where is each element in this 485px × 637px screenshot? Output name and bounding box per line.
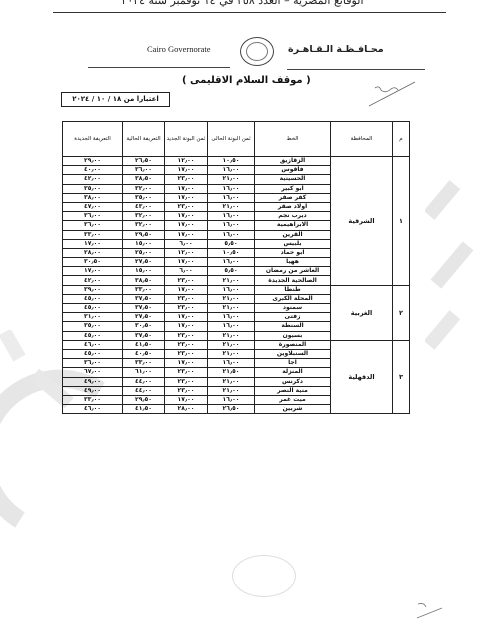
current-fare-cell: ٣٧٫٥٠ [123,304,165,313]
line-name: فاقوس [255,166,331,175]
new-ticket-cell: ٢٣٫٠٠ [165,386,208,395]
new-ticket-cell: ٦٫٠٠ [165,267,208,276]
current-fare-cell: ٢٧٫٥٠ [123,313,165,322]
old-ticket-cell: ١٦٫٠٠ [208,166,255,175]
governorate-name: الشرقية [331,157,393,286]
current-fare-cell: ١٥٫٠٠ [123,267,165,276]
old-ticket-cell: ١٦٫٠٠ [208,359,255,368]
new-fare-cell: ٤٥٫٠٠ [63,349,123,358]
old-ticket-cell: ١٦٫٠٠ [208,221,255,230]
current-fare-cell: ٢٦٫٥٠ [123,157,165,166]
old-ticket-cell: ١٦٫٠٠ [208,212,255,221]
new-fare-cell: ٤٥٫٠٠ [63,304,123,313]
old-ticket-cell: ١٦٫٠٠ [208,285,255,294]
new-ticket-cell: ٢٨٫٠٠ [165,405,208,414]
new-ticket-cell: ١٧٫٠٠ [165,221,208,230]
new-fare-cell: ٤٥٫٠٠ [63,294,123,303]
new-fare-cell: ١٧٫٠٠ [63,239,123,248]
current-fare-cell: ٤٤٫٠٠ [123,377,165,386]
new-fare-cell: ٤٧٫٠٠ [63,202,123,211]
current-fare-cell: ٢٩٫٥٠ [123,395,165,404]
table-header-row: م المحافظة الخط ثمن البونة الحالى ثمن ال… [63,122,410,157]
effective-date-box: اعتبارا من ١٨ / ١٠ / ٢٠٢٤ [61,92,170,107]
new-ticket-cell: ٦٫٠٠ [165,239,208,248]
line-name: ابو كبير [255,184,331,193]
new-ticket-cell: ١٧٫٠٠ [165,395,208,404]
new-ticket-cell: ٢٣٫٠٠ [165,340,208,349]
current-fare-cell: ٣٧٫٥٠ [123,331,165,340]
line-name: سمنود [255,304,331,313]
table-row: ٣الدقهليةالمنصورة٢١٫٠٠٢٣٫٠٠٤١٫٥٠٤٦٫٠٠ [63,340,410,349]
new-fare-cell: ٣٦٫٠٠ [63,359,123,368]
current-fare-cell: ٣٦٫٠٠ [123,166,165,175]
header-no: م [393,122,410,157]
current-fare-cell: ٤٣٫٠٠ [123,202,165,211]
current-fare-cell: ٣٠٫٥٠ [123,322,165,331]
current-fare-cell: ٣٢٫٠٠ [123,212,165,221]
current-fare-cell: ٤١٫٥٠ [123,405,165,414]
letterhead-rule-right [287,69,425,70]
official-stamp [232,555,296,597]
old-ticket-cell: ١٦٫٠٠ [208,395,255,404]
line-name: السنبلاوين [255,349,331,358]
old-ticket-cell: ٢١٫٥٠ [208,368,255,377]
old-ticket-cell: ٢١٫٠٠ [208,294,255,303]
current-fare-cell: ٣٢٫٠٠ [123,184,165,193]
new-ticket-cell: ١٧٫٠٠ [165,322,208,331]
new-ticket-cell: ٢٣٫٠٠ [165,377,208,386]
new-fare-cell: ١٧٫٠٠ [63,267,123,276]
initials-icon [415,600,445,620]
old-ticket-cell: ١٦٫٠٠ [208,313,255,322]
row-number: ١ [393,157,410,286]
header-new-ticket: ثمن البونة الجديد [165,122,208,157]
old-ticket-cell: ٢١٫٠٠ [208,331,255,340]
header-line: الخط [255,122,331,157]
gazette-header: الوقائع المصرية – العدد ٢٥٨ في ١٤ نوفمبر… [0,0,485,7]
signature-icon [365,80,420,108]
letterhead-rule-left [88,67,230,68]
new-fare-cell: ٤٩٫٠٠ [63,377,123,386]
line-name: منية النصر [255,386,331,395]
current-fare-cell: ٣٣٫٠٠ [123,359,165,368]
new-ticket-cell: ٢٣٫٠٠ [165,202,208,211]
header-divider [53,12,446,13]
old-ticket-cell: ٢١٫٠٠ [208,175,255,184]
line-name: السنطة [255,322,331,331]
new-ticket-cell: ١٧٫٠٠ [165,212,208,221]
new-fare-cell: ٣٥٫٠٠ [63,184,123,193]
line-name: بسيون [255,331,331,340]
current-fare-cell: ٣٧٫٥٠ [123,294,165,303]
line-name: بلبيس [255,239,331,248]
line-name: ههيا [255,258,331,267]
old-ticket-cell: ٢١٫٠٠ [208,377,255,386]
line-name: المنزلة [255,368,331,377]
current-fare-cell: ٤١٫٥٠ [123,340,165,349]
new-fare-cell: ٤٢٫٠٠ [63,276,123,285]
row-number: ٢ [393,285,410,340]
new-ticket-cell: ١٧٫٠٠ [165,193,208,202]
old-ticket-cell: ٢١٫٠٠ [208,276,255,285]
header-governorate: المحافظة [331,122,393,157]
watermark-text-icon [425,170,485,390]
line-name: العاشر من رمضان [255,267,331,276]
line-name: دكرنس [255,377,331,386]
header-current-fare: التعريفة الحالية [123,122,165,157]
old-ticket-cell: ١٦٫٠٠ [208,193,255,202]
new-ticket-cell: ١٧٫٠٠ [165,230,208,239]
old-ticket-cell: ٢١٫٠٠ [208,340,255,349]
new-ticket-cell: ٢٣٫٠٠ [165,349,208,358]
line-name: الحسينية [255,175,331,184]
new-ticket-cell: ٢٣٫٠٠ [165,175,208,184]
new-ticket-cell: ١٧٫٠٠ [165,258,208,267]
old-ticket-cell: ٥٫٥٠ [208,239,255,248]
new-ticket-cell: ٢٣٫٠٠ [165,331,208,340]
line-name: الزقازيق [255,157,331,166]
new-ticket-cell: ٢٣٫٠٠ [165,294,208,303]
line-name: شربين [255,405,331,414]
old-ticket-cell: ١٦٫٠٠ [208,184,255,193]
new-ticket-cell: ١٧٫٠٠ [165,166,208,175]
new-fare-cell: ٤٠٫٠٠ [63,166,123,175]
new-ticket-cell: ١٧٫٠٠ [165,359,208,368]
old-ticket-cell: ٢١٫٠٠ [208,304,255,313]
old-ticket-cell: ٢٦٫٥٠ [208,405,255,414]
current-fare-cell: ٣٨٫٥٠ [123,276,165,285]
new-ticket-cell: ١٢٫٠٠ [165,157,208,166]
old-ticket-cell: ١٠٫٥٠ [208,248,255,257]
old-ticket-cell: ٢١٫٠٠ [208,386,255,395]
new-fare-cell: ٣٣٫٠٠ [63,230,123,239]
header-old-ticket: ثمن البونة الحالى [208,122,255,157]
new-fare-cell: ٣٠٫٥٠ [63,258,123,267]
line-name: المحلة الكبرى [255,294,331,303]
new-ticket-cell: ٢٣٫٠٠ [165,276,208,285]
new-ticket-cell: ١٧٫٠٠ [165,313,208,322]
new-ticket-cell: ٢٣٫٠٠ [165,368,208,377]
new-fare-cell: ٣٦٫٠٠ [63,221,123,230]
line-name: ميت غمر [255,395,331,404]
old-ticket-cell: ٢١٫٠٠ [208,202,255,211]
new-fare-cell: ٢٩٫٠٠ [63,157,123,166]
current-fare-cell: ٦١٫٠٠ [123,368,165,377]
governorate-name: الغربية [331,285,393,340]
new-fare-cell: ٢٨٫٠٠ [63,248,123,257]
line-name: اجا [255,359,331,368]
current-fare-cell: ٤٠٫٥٠ [123,349,165,358]
line-name: ابو حماد [255,248,331,257]
new-fare-cell: ٤٦٫٠٠ [63,340,123,349]
governorate-name: الدقهلية [331,340,393,414]
old-ticket-cell: ١٦٫٠٠ [208,322,255,331]
line-name: كفر صقر [255,193,331,202]
line-name: الابراهيمية [255,221,331,230]
old-ticket-cell: ٥٫٥٠ [208,267,255,276]
current-fare-cell: ٢٩٫٥٠ [123,230,165,239]
table-row: ٢الغربيةطنطا١٦٫٠٠١٧٫٠٠٣٣٫٠٠٣٩٫٠٠ [63,285,410,294]
line-name: اولاد صقر [255,202,331,211]
new-fare-cell: ٣٩٫٠٠ [63,285,123,294]
current-fare-cell: ٣٨٫٥٠ [123,175,165,184]
old-ticket-cell: ١٦٫٠٠ [208,258,255,267]
new-fare-cell: ٣١٫٠٠ [63,313,123,322]
new-fare-cell: ٤٩٫٠٠ [63,386,123,395]
line-name: المنصورة [255,340,331,349]
new-fare-cell: ٣٥٫٠٠ [63,322,123,331]
current-fare-cell: ٣٢٫٠٠ [123,221,165,230]
line-name: ديرب نجم [255,212,331,221]
governorate-seal-icon [240,37,274,66]
new-fare-cell: ٣٨٫٠٠ [63,193,123,202]
current-fare-cell: ٣٣٫٠٠ [123,285,165,294]
org-name-english: Cairo Governorate [147,44,211,54]
org-name-arabic: محـافـظـة الـقـاهـرة [288,44,384,55]
old-ticket-cell: ٢١٫٠٠ [208,349,255,358]
table-row: ١الشرقيةالزقازيق١٠٫٥٠١٢٫٠٠٢٦٫٥٠٢٩٫٠٠ [63,157,410,166]
line-name: الصالحية الجديدة [255,276,331,285]
new-ticket-cell: ١٢٫٠٠ [165,248,208,257]
new-fare-cell: ٤٦٫٠٠ [63,405,123,414]
new-fare-cell: ٦٧٫٠٠ [63,368,123,377]
current-fare-cell: ٣٥٫٠٠ [123,193,165,202]
new-ticket-cell: ٢٣٫٠٠ [165,304,208,313]
document-title: ( موقف السلام الاقليمى ) [182,75,311,86]
old-ticket-cell: ١٠٫٥٠ [208,157,255,166]
new-fare-cell: ٤٢٫٠٠ [63,175,123,184]
new-ticket-cell: ١٧٫٠٠ [165,184,208,193]
row-number: ٣ [393,340,410,414]
current-fare-cell: ٢٥٫٠٠ [123,248,165,257]
current-fare-cell: ٤٤٫٠٠ [123,386,165,395]
new-fare-cell: ٤٥٫٠٠ [63,331,123,340]
fare-table: م المحافظة الخط ثمن البونة الحالى ثمن ال… [62,121,410,414]
new-fare-cell: ٣٦٫٠٠ [63,212,123,221]
new-fare-cell: ٣٣٫٠٠ [63,395,123,404]
new-ticket-cell: ١٧٫٠٠ [165,285,208,294]
line-name: زفتى [255,313,331,322]
current-fare-cell: ٢٧٫٥٠ [123,258,165,267]
line-name: طنطا [255,285,331,294]
line-name: القرين [255,230,331,239]
current-fare-cell: ١٥٫٠٠ [123,239,165,248]
old-ticket-cell: ١٦٫٠٠ [208,230,255,239]
header-new-fare: التعريفة الجديدة [63,122,123,157]
